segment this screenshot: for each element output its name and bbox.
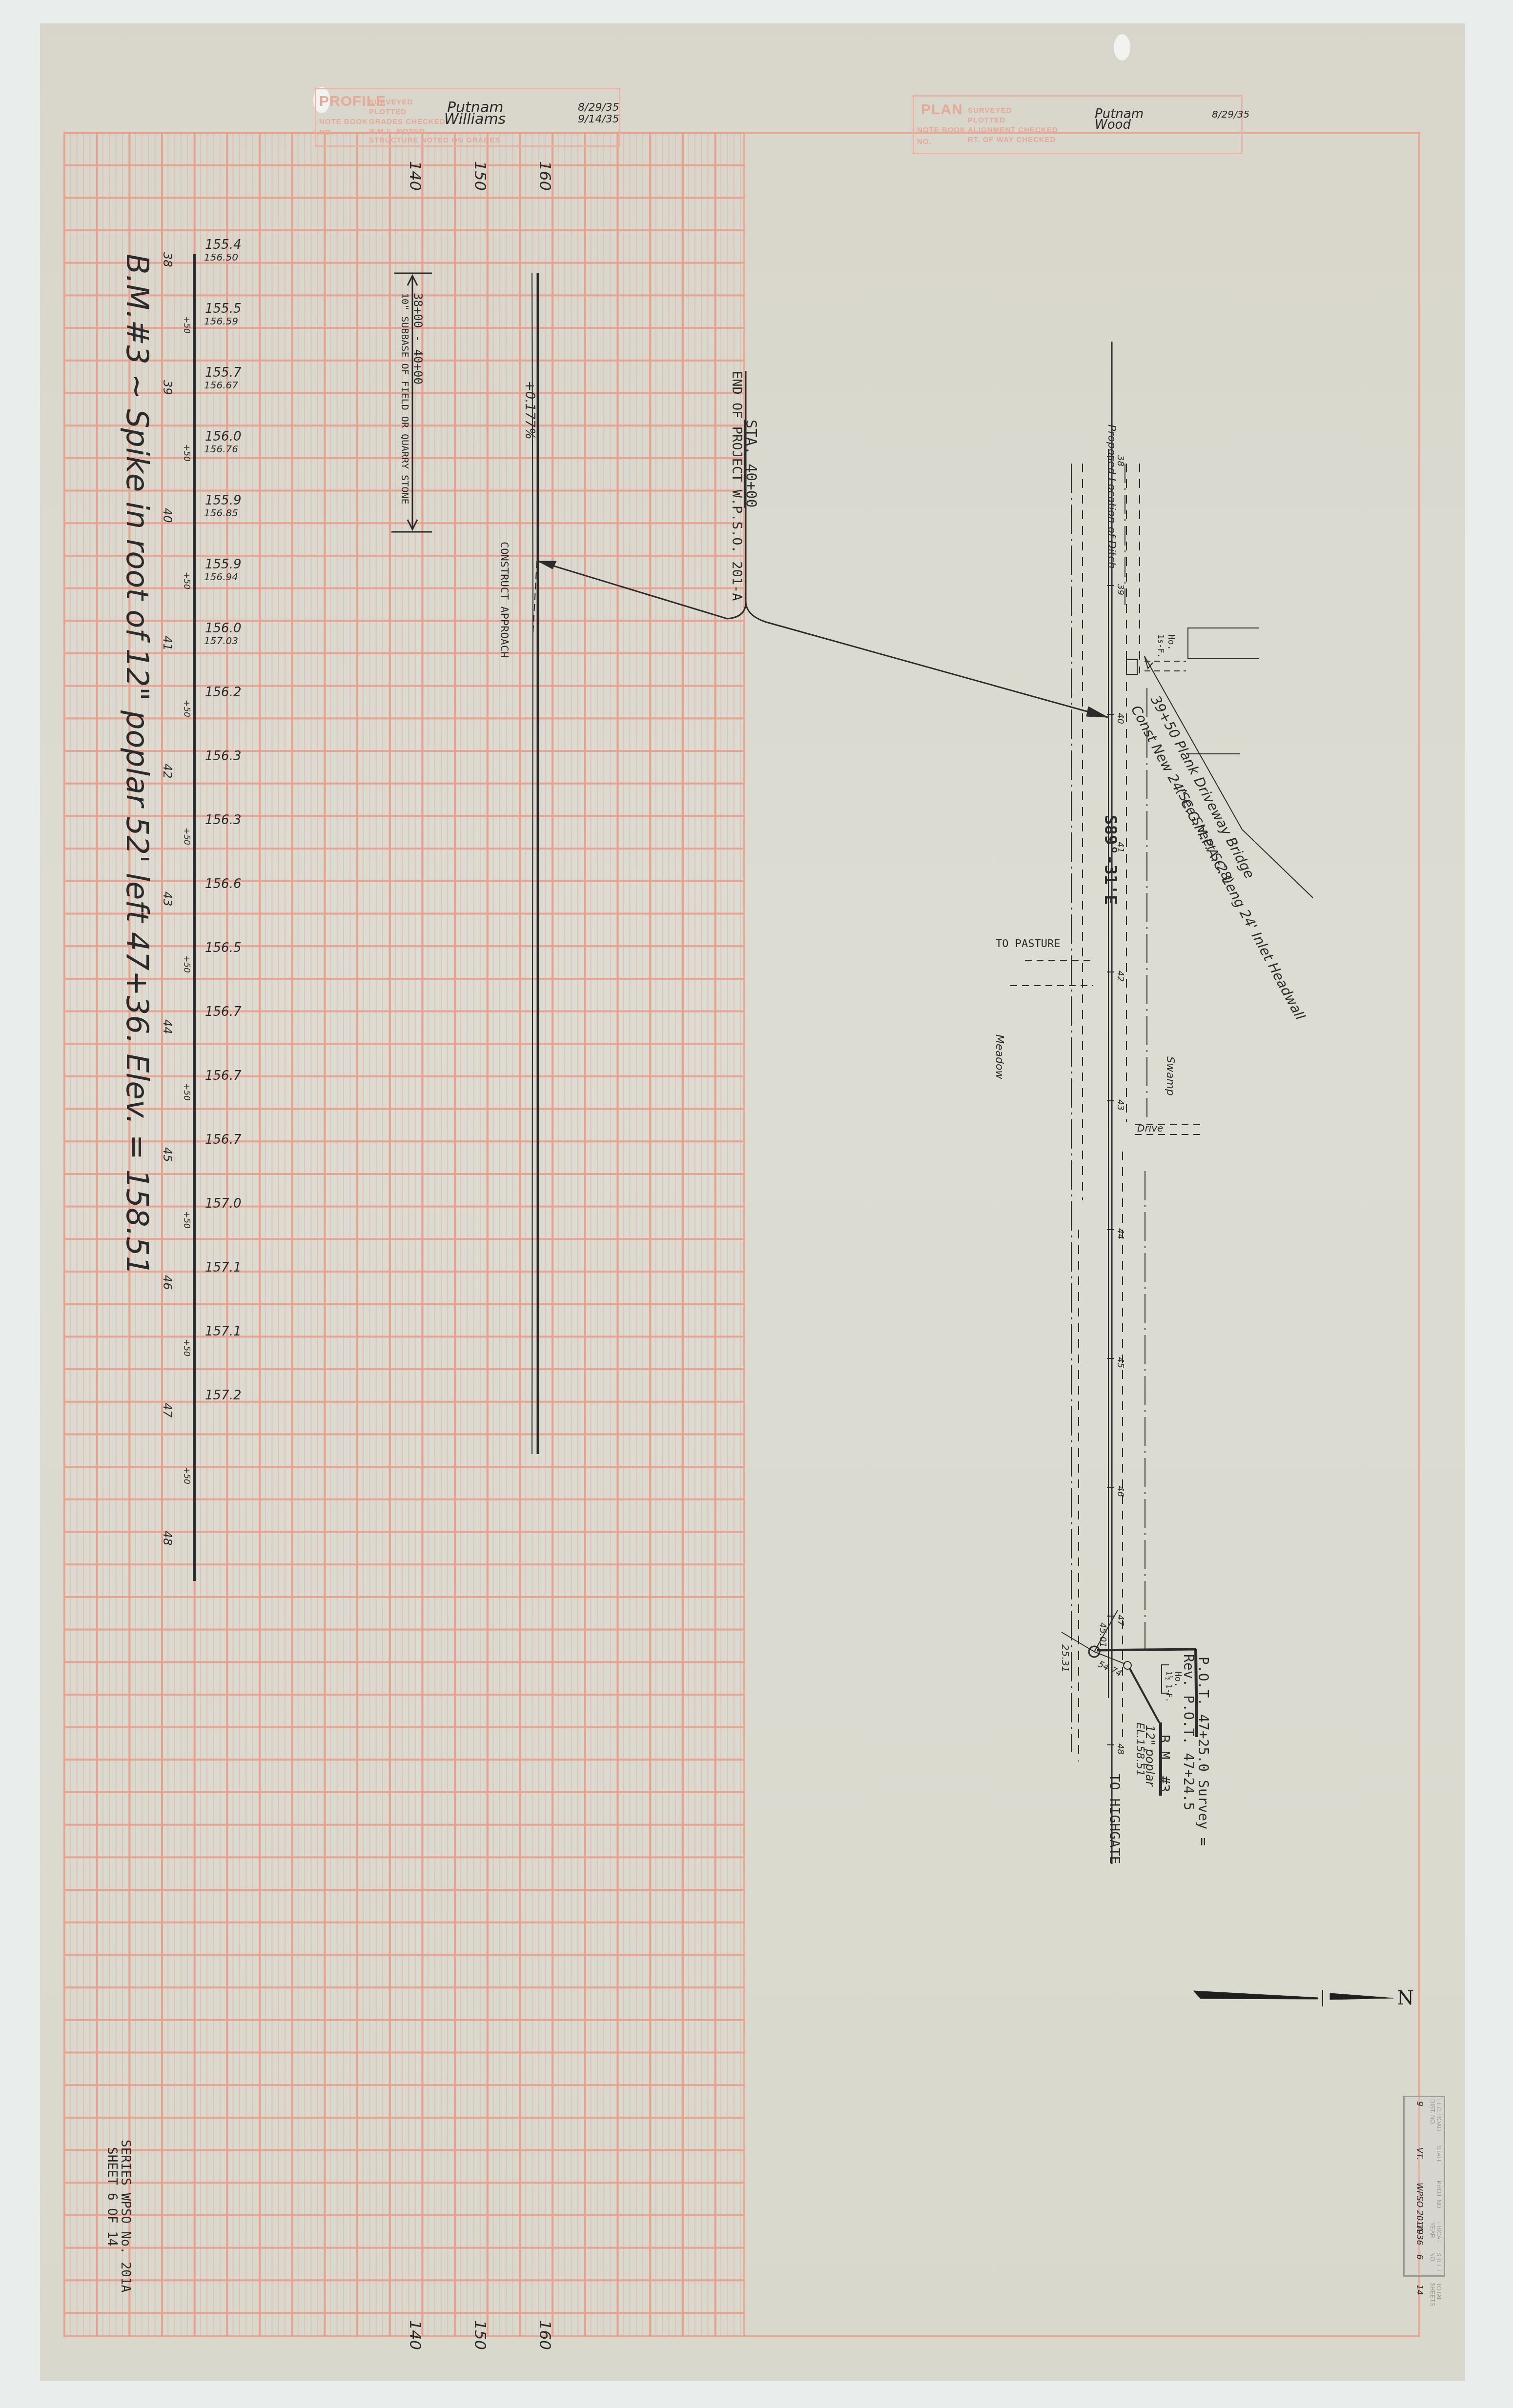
- stamp-value: 1936: [1414, 2224, 1424, 2245]
- ditch-note: Proposed Location of Ditch: [1105, 425, 1118, 569]
- meadow-label: Meadow: [993, 1034, 1005, 1079]
- north-arrow-icon: [1193, 1988, 1398, 2008]
- tie-distance-1: 25.31: [1060, 1644, 1071, 1672]
- series-note: SERIES WPSO No. 201A: [118, 2140, 133, 2292]
- stamp-header: SHEET NO.: [1429, 2252, 1442, 2279]
- stamp-value: 6: [1414, 2254, 1424, 2260]
- sheet-note: SHEET 6 OF 14: [104, 2147, 119, 2246]
- stamp-header: PROJ. NO.: [1435, 2181, 1442, 2218]
- house-1-label: Ho.: [1166, 634, 1176, 650]
- plan-station-label: 39: [1115, 584, 1125, 595]
- house-2-label: Ho.: [1173, 1671, 1183, 1687]
- station-tick: [1107, 1358, 1114, 1359]
- station-tick: [1107, 1100, 1114, 1101]
- stamp-header: FED. ROAD DIST. NO.: [1429, 2099, 1442, 2142]
- drawing-linework: [0, 0, 1513, 2408]
- swamp-label: Swamp: [1164, 1056, 1176, 1096]
- plan-station-label: 46: [1115, 1486, 1125, 1497]
- plan-station-label: 47: [1115, 1615, 1125, 1626]
- tie-distance-2: 45.01: [1098, 1622, 1108, 1648]
- station-tick: [1107, 1487, 1114, 1488]
- station-tick: [1107, 1744, 1114, 1745]
- stamp-value: VT.: [1414, 2147, 1424, 2160]
- pot-survey-note: P.O.T. 47+25.0 Survey =: [1195, 1657, 1211, 1846]
- house-1-type: 1s-F.: [1156, 634, 1165, 658]
- plan-station-label: 40: [1115, 713, 1125, 724]
- station-tick: [1107, 714, 1114, 715]
- house-2-type: 1½ 1-F.: [1165, 1671, 1173, 1702]
- stamp-value: 14: [1414, 2285, 1424, 2295]
- stamp-value: 9: [1414, 2101, 1424, 2106]
- benchmark-elevation: EL.158.51: [1134, 1722, 1146, 1776]
- north-label: N: [1397, 1987, 1414, 2009]
- bearing-label: S89°-31'E: [1101, 815, 1120, 905]
- station-tick: [1107, 971, 1114, 972]
- stamp-header: FISCAL YEAR: [1429, 2222, 1442, 2248]
- project-stamp: FED. ROAD DIST. NO.9STATEVT.PROJ. NO.WPS…: [1403, 2096, 1445, 2277]
- plan-station-label: 43: [1115, 1099, 1125, 1111]
- stamp-header: STATE: [1435, 2145, 1442, 2177]
- plan-station-label: 48: [1115, 1743, 1125, 1755]
- plan-station-label: 45: [1115, 1357, 1125, 1368]
- benchmark-label: B.M. #3: [1156, 1735, 1172, 1792]
- to-highgate-label: TO HIGHGATE: [1106, 1774, 1123, 1864]
- plan-station-label: 44: [1115, 1228, 1125, 1239]
- station-tick: [1107, 585, 1114, 586]
- station-tick: [1107, 1616, 1114, 1617]
- station-tick: [1107, 1229, 1114, 1230]
- drive-label: Drive: [1137, 1122, 1163, 1134]
- stamp-header: TOTAL SHEETS: [1429, 2283, 1442, 2309]
- to-pasture-label: TO PASTURE: [996, 938, 1060, 950]
- plan-station-label: 42: [1115, 971, 1125, 982]
